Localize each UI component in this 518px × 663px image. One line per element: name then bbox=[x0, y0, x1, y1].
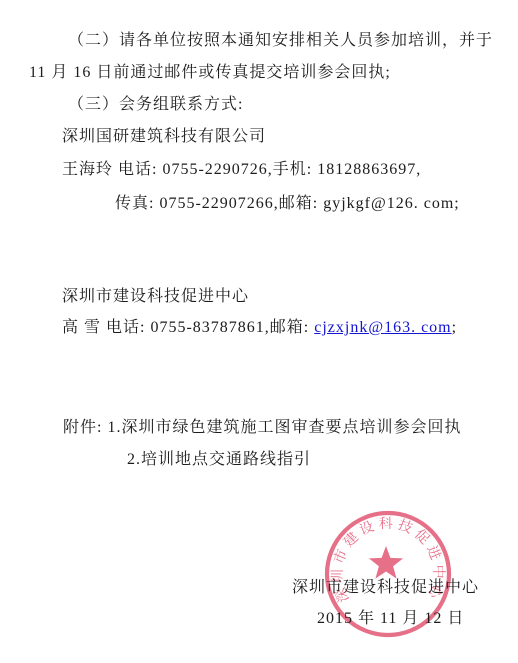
official-seal-stamp: 深圳市建设科技促进中心 bbox=[303, 489, 473, 659]
org2-contact-line: 高 雪 电话: 0755-83787861,邮箱: cjzxjnk@163. c… bbox=[62, 317, 457, 339]
paragraph-item2-line1: （二）请各单位按照本通知安排相关人员参加培训，并于 bbox=[68, 30, 493, 52]
seal-star-icon bbox=[369, 546, 403, 579]
org2-contact-prefix: 高 雪 电话: 0755-83787861,邮箱: bbox=[62, 319, 314, 336]
document-page: （二）请各单位按照本通知安排相关人员参加培训，并于 11 月 16 日前通过邮件… bbox=[0, 0, 518, 663]
signature-org-name: 深圳市建设科技促进中心 bbox=[292, 577, 479, 599]
email-link[interactable]: cjzxjnk@163. com bbox=[314, 319, 451, 336]
attachment-line1: 附件: 1.深圳市绿色建筑施工图审查要点培训参会回执 bbox=[63, 417, 461, 439]
signature-date: 2015 年 11 月 12 日 bbox=[317, 608, 464, 630]
paragraph-item3-heading: （三）会务组联系方式: bbox=[68, 94, 243, 116]
org1-name: 深圳国研建筑科技有限公司 bbox=[62, 126, 266, 148]
org2-contact-suffix: ; bbox=[452, 319, 457, 336]
org1-contact-line2: 传真: 0755-22907266,邮箱: gyjkgf@126. com; bbox=[115, 193, 460, 215]
org1-contact-line1: 王海玲 电话: 0755-2290726,手机: 18128863697, bbox=[62, 159, 421, 181]
paragraph-item2-line2: 11 月 16 日前通过邮件或传真提交培训参会回执; bbox=[29, 62, 391, 84]
org2-name: 深圳市建设科技促进中心 bbox=[62, 286, 249, 308]
attachment-line2: 2.培训地点交通路线指引 bbox=[127, 449, 311, 471]
